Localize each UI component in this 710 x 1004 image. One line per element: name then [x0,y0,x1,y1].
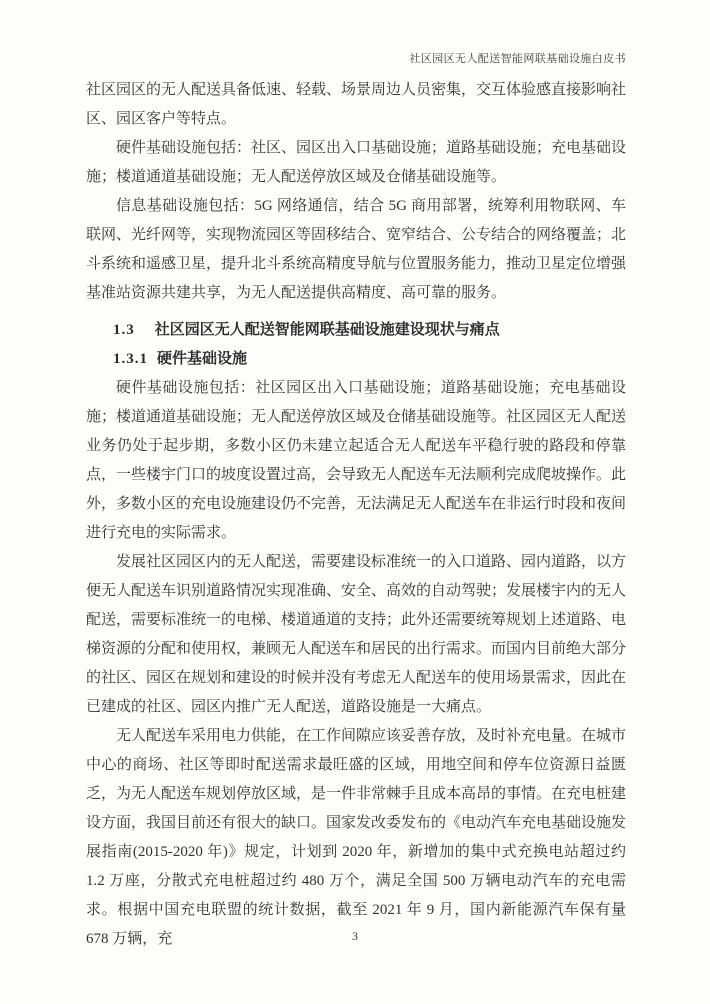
page-number: 3 [0,929,710,944]
section-title: 社区园区无人配送智能网联基础设施建设现状与痛点 [155,322,500,338]
subsection-title: 硬件基础设施 [157,351,247,367]
running-header-title: 社区园区无人配送智能网联基础设施白皮书 [409,50,626,66]
section-heading-1-3: 1.3社区园区无人配送智能网联基础设施建设现状与痛点 [86,316,626,345]
paragraph-hardware-status: 硬件基础设施包括：社区园区出入口基础设施；道路基础设施；充电基础设施；楼道通道基… [86,374,626,548]
document-body: 社区园区的无人配送具备低速、轻载、场景周边人员密集，交互体验感直接影响社区、园区… [86,76,626,954]
paragraph-road-pain-point: 发展社区园区内的无人配送，需要建设标准统一的入口道路、园内道路，以方便无人配送车… [86,548,626,722]
paragraph-information-infra: 信息基础设施包括：5G 网络通信，结合 5G 商用部署，统筹利用物联网、车联网、… [86,192,626,308]
subsection-heading-1-3-1: 1.3.1硬件基础设施 [86,345,626,374]
paragraph-intro: 社区园区的无人配送具备低速、轻载、场景周边人员密集，交互体验感直接影响社区、园区… [86,76,626,134]
section-number: 1.3 [113,322,135,338]
paragraph-charging-pain-point: 无人配送车采用电力供能，在工作间隙应该妥善存放，及时补充电量。在城市中心的商场、… [86,722,626,954]
paragraph-hardware-list: 硬件基础设施包括：社区、园区出入口基础设施；道路基础设施；充电基础设施；楼道通道… [86,134,626,192]
document-page: 社区园区无人配送智能网联基础设施白皮书 社区园区的无人配送具备低速、轻载、场景周… [0,0,710,1004]
subsection-number: 1.3.1 [113,351,148,367]
